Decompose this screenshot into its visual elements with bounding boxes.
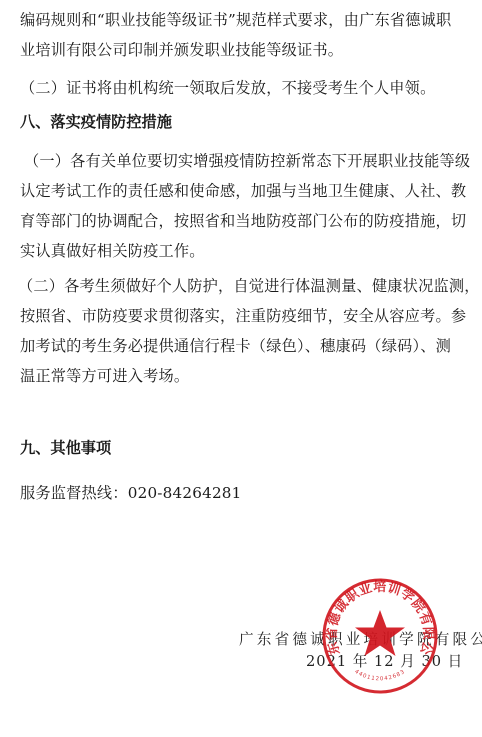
signature-organization: 广东省德诚职业培训学院有限公司 [239,630,482,650]
paragraph-8-2-line-3: 加考试的考生务必提供通信行程卡（绿色）、穗康码（绿码）、测 [20,336,451,356]
section-8-heading: 八、落实疫情防控措施 [20,112,172,132]
paragraph-7-1-line-2: 业培训有限公司印制并颁发职业技能等级证书。 [20,40,343,60]
paragraph-8-2-line-4: 温正常等方可进入考场。 [20,366,189,386]
paragraph-8-1-line-3: 育等部门的协调配合，按照省和当地防疫部门公布的防疫措施，切 [20,211,466,231]
hotline: 服务监督热线：020-84264281 [20,483,242,503]
paragraph-8-2-line-1: （二）各考生须做好个人防护，自觉进行体温测量、健康状况监测， [18,276,480,296]
paragraph-8-2-line-2: 按照省、市防疫要求贯彻落实，注重防疫细节，安全从容应考。参 [20,306,466,326]
paragraph-8-1-line-1: （一）各有关单位要切实增强疫情防控新常态下开展职业技能等级 [24,151,470,171]
paragraph-8-1-line-4: 实认真做好相关防疫工作。 [20,241,205,261]
section-9-heading: 九、其他事项 [20,438,111,458]
paragraph-7-2: （二）证书将由机构统一领取后发放，不接受考生个人申领。 [20,78,435,98]
paragraph-8-1-line-2: 认定考试工作的责任感和使命感，加强与当地卫生健康、人社、教 [20,181,466,201]
paragraph-7-1-line-1: 编码规则和“职业技能等级证书”规范样式要求，由广东省德诚职 [20,10,451,30]
signature-date: 2021 年 12 月 30 日 [306,652,463,672]
